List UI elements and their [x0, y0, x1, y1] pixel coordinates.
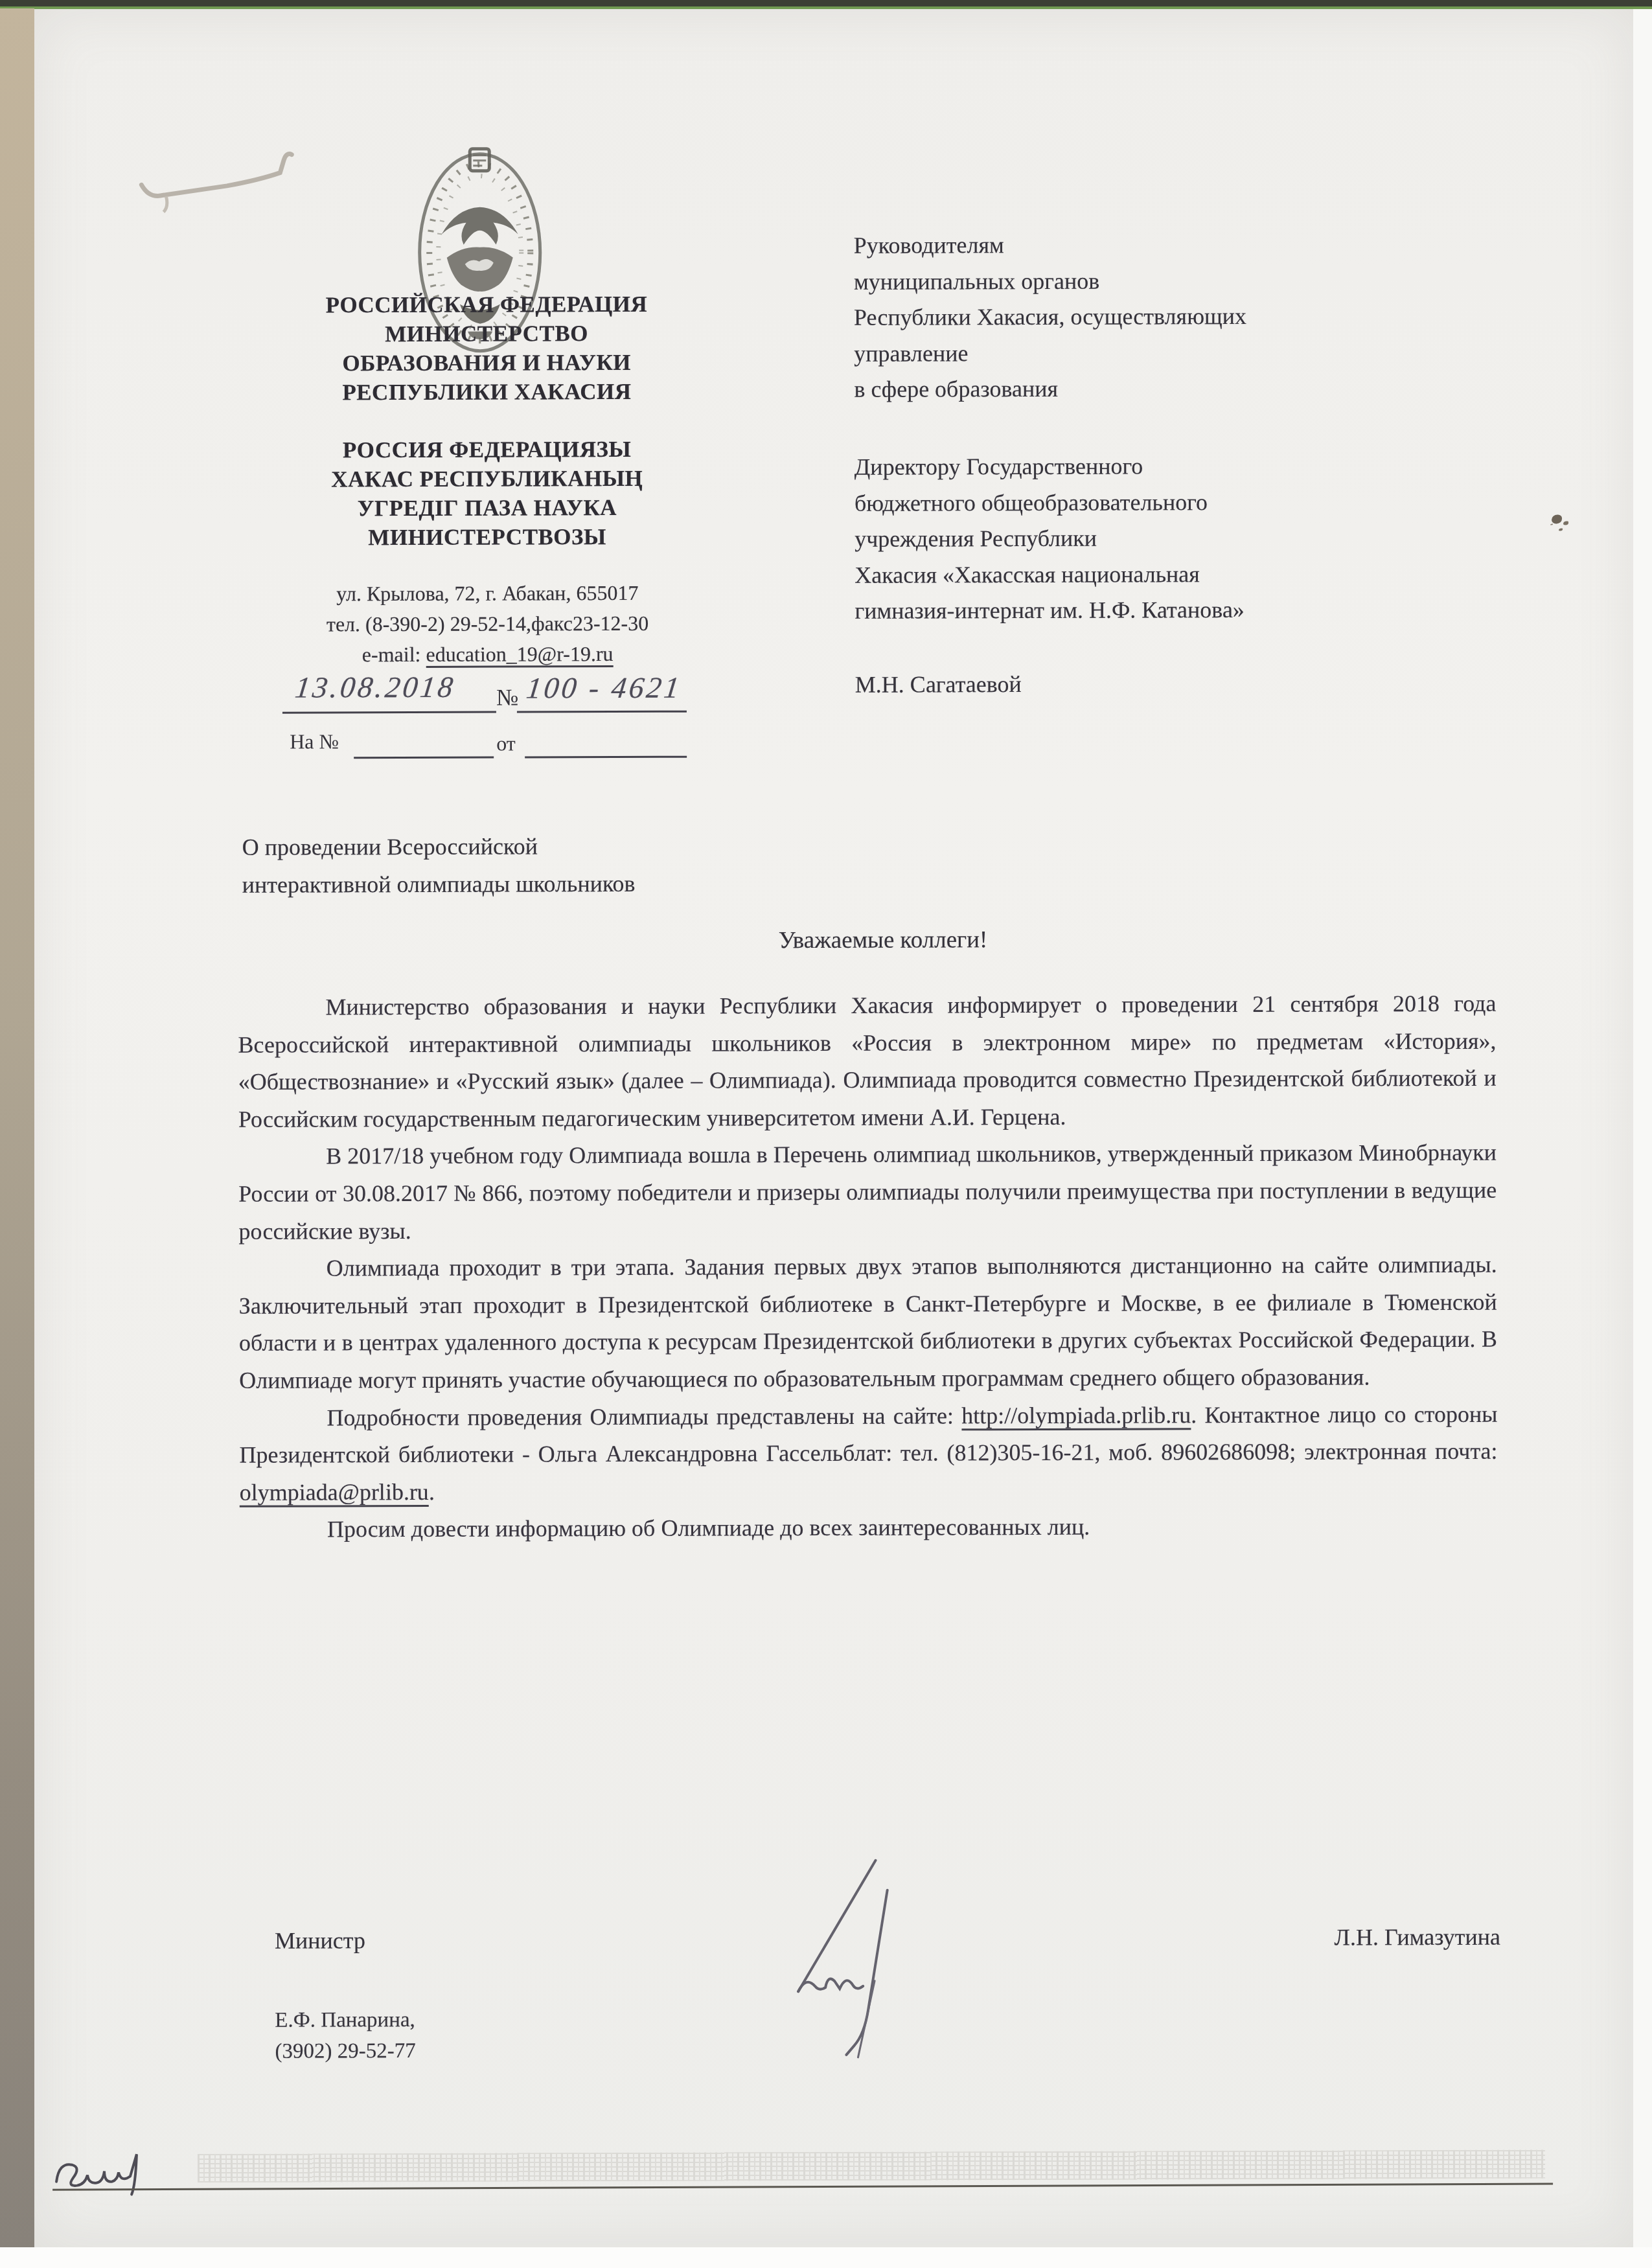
- handwritten-number: 100 - 4621: [525, 670, 684, 705]
- executor-info: Е.Ф. Панарина, (3902) 29-52-77: [275, 2004, 416, 2067]
- body-paragraph-1: Министерство образования и науки Республ…: [238, 985, 1497, 1138]
- org-line: МИНИСТЕРСТВОЗЫ: [277, 522, 698, 553]
- olympiad-site-link-text: http://olympiada.prlib.ru: [961, 1402, 1191, 1430]
- email-link-text: education_19@r-19.ru: [426, 642, 613, 668]
- phone-fax-line: тел. (8-390-2) 29-52-14,факс23-12-30: [260, 608, 714, 640]
- olympiad-email-link-text: olympiada@prlib.ru: [240, 1479, 429, 1507]
- org-name-russian: РОССИЙСКАЯ ФЕДЕРАЦИЯ МИНИСТЕРСТВО ОБРАЗО…: [276, 290, 698, 407]
- recipient-line: в сфере образования: [854, 370, 1541, 408]
- recipient-line: муниципальных органов: [854, 262, 1541, 300]
- org-line: ХАКАС РЕСПУБЛИКАНЫҢ: [277, 464, 698, 494]
- recipient-group-heads: Руководителям муниципальных органов Респ…: [854, 226, 1541, 408]
- org-line: УГРЕДІГ ПАЗА НАУКА: [277, 493, 698, 523]
- letter-subject: О проведении Всероссийской интерактивной…: [242, 827, 761, 904]
- org-line: РЕСПУБЛИКИ ХАКАСИЯ: [276, 377, 697, 407]
- body-paragraph-2: В 2017/18 учебном году Олимпиада вошла в…: [238, 1134, 1497, 1250]
- recipient-line: управление: [854, 334, 1541, 372]
- recipient-line: гимназия-интернат им. Н.Ф. Катанова»: [855, 591, 1554, 629]
- body-paragraph-4: Подробности проведения Олимпиады предста…: [239, 1395, 1498, 1511]
- handwritten-date: 13.08.2018: [293, 670, 457, 705]
- body-paragraph-3: Олимпиада проходит в три этапа. Задания …: [239, 1246, 1498, 1399]
- org-line: РОССИЙСКАЯ ФЕДЕРАЦИЯ: [276, 290, 697, 320]
- recipient-line: Руководителям: [854, 226, 1541, 264]
- in-reply-label: На №: [290, 729, 339, 753]
- org-line: МИНИСТЕРСТВО: [276, 319, 697, 349]
- in-reply-date-underline: [525, 756, 687, 759]
- signer-name: Л.Н. Гимазутина: [1233, 1923, 1500, 1951]
- recipient-line: Хакасия «Хакасская национальная: [855, 555, 1554, 593]
- p4-text: .: [429, 1479, 435, 1505]
- email-line: e-mail: education_19@r-19.ru: [261, 639, 715, 670]
- in-reply-from-label: от: [496, 732, 516, 756]
- org-line: ОБРАЗОВАНИЯ И НАУКИ: [276, 348, 697, 378]
- in-reply-number-underline: [354, 757, 494, 759]
- handwritten-check-mark: [50, 2148, 205, 2200]
- recipient-person-name: М.Н. Сагатаевой: [855, 667, 1022, 703]
- ink-smudge: [1552, 514, 1562, 523]
- signer-title: Министр: [275, 1927, 365, 1954]
- subject-line: О проведении Всероссийской: [242, 827, 761, 866]
- p4-text: Подробности проведения Олимпиады предста…: [327, 1403, 961, 1430]
- bottom-rule: [52, 2182, 1553, 2190]
- date-underline: [282, 711, 496, 714]
- paper-crease-mark: [130, 144, 343, 222]
- letter-content: РОССИЙСКАЯ ФЕДЕРАЦИЯ МИНИСТЕРСТВО ОБРАЗО…: [0, 0, 1652, 2268]
- org-line: РОССИЯ ФЕДЕРАЦИЯЗЫ: [277, 435, 698, 465]
- subject-line: интерактивной олимпиады школьников: [242, 864, 761, 904]
- org-name-khakas: РОССИЯ ФЕДЕРАЦИЯЗЫ ХАКАС РЕСПУБЛИКАНЫҢ У…: [277, 435, 698, 553]
- body-paragraph-5: Просим довести информацию об Олимпиаде д…: [240, 1507, 1498, 1549]
- salutation: Уважаемые коллеги!: [689, 926, 1077, 955]
- postal-address: ул. Крылова, 72, г. Абакан, 655017: [260, 578, 714, 610]
- letterhead-contacts: ул. Крылова, 72, г. Абакан, 655017 тел. …: [260, 578, 714, 670]
- number-sign: №: [496, 683, 518, 711]
- recipient-line: учреждения Республики: [855, 519, 1554, 557]
- recipient-line: бюджетного общеобразовательного: [855, 483, 1554, 521]
- executor-phone: (3902) 29-52-77: [275, 2035, 415, 2067]
- recipient-line: Республики Хакасия, осуществляющих: [854, 298, 1541, 336]
- email-label: e-mail:: [362, 643, 426, 666]
- recipient-line: Директору Государственного: [855, 447, 1554, 485]
- letter-body: Министерство образования и науки Республ…: [238, 985, 1498, 1549]
- scan-noise-band: [198, 2150, 1545, 2183]
- recipient-group-director: Директору Государственного бюджетного об…: [855, 447, 1555, 629]
- scanned-letter-page: РОССИЙСКАЯ ФЕДЕРАЦИЯ МИНИСТЕРСТВО ОБРАЗО…: [0, 0, 1652, 2268]
- executor-name: Е.Ф. Панарина,: [275, 2004, 415, 2036]
- number-underline: [517, 711, 687, 713]
- minister-signature: [747, 1853, 955, 2074]
